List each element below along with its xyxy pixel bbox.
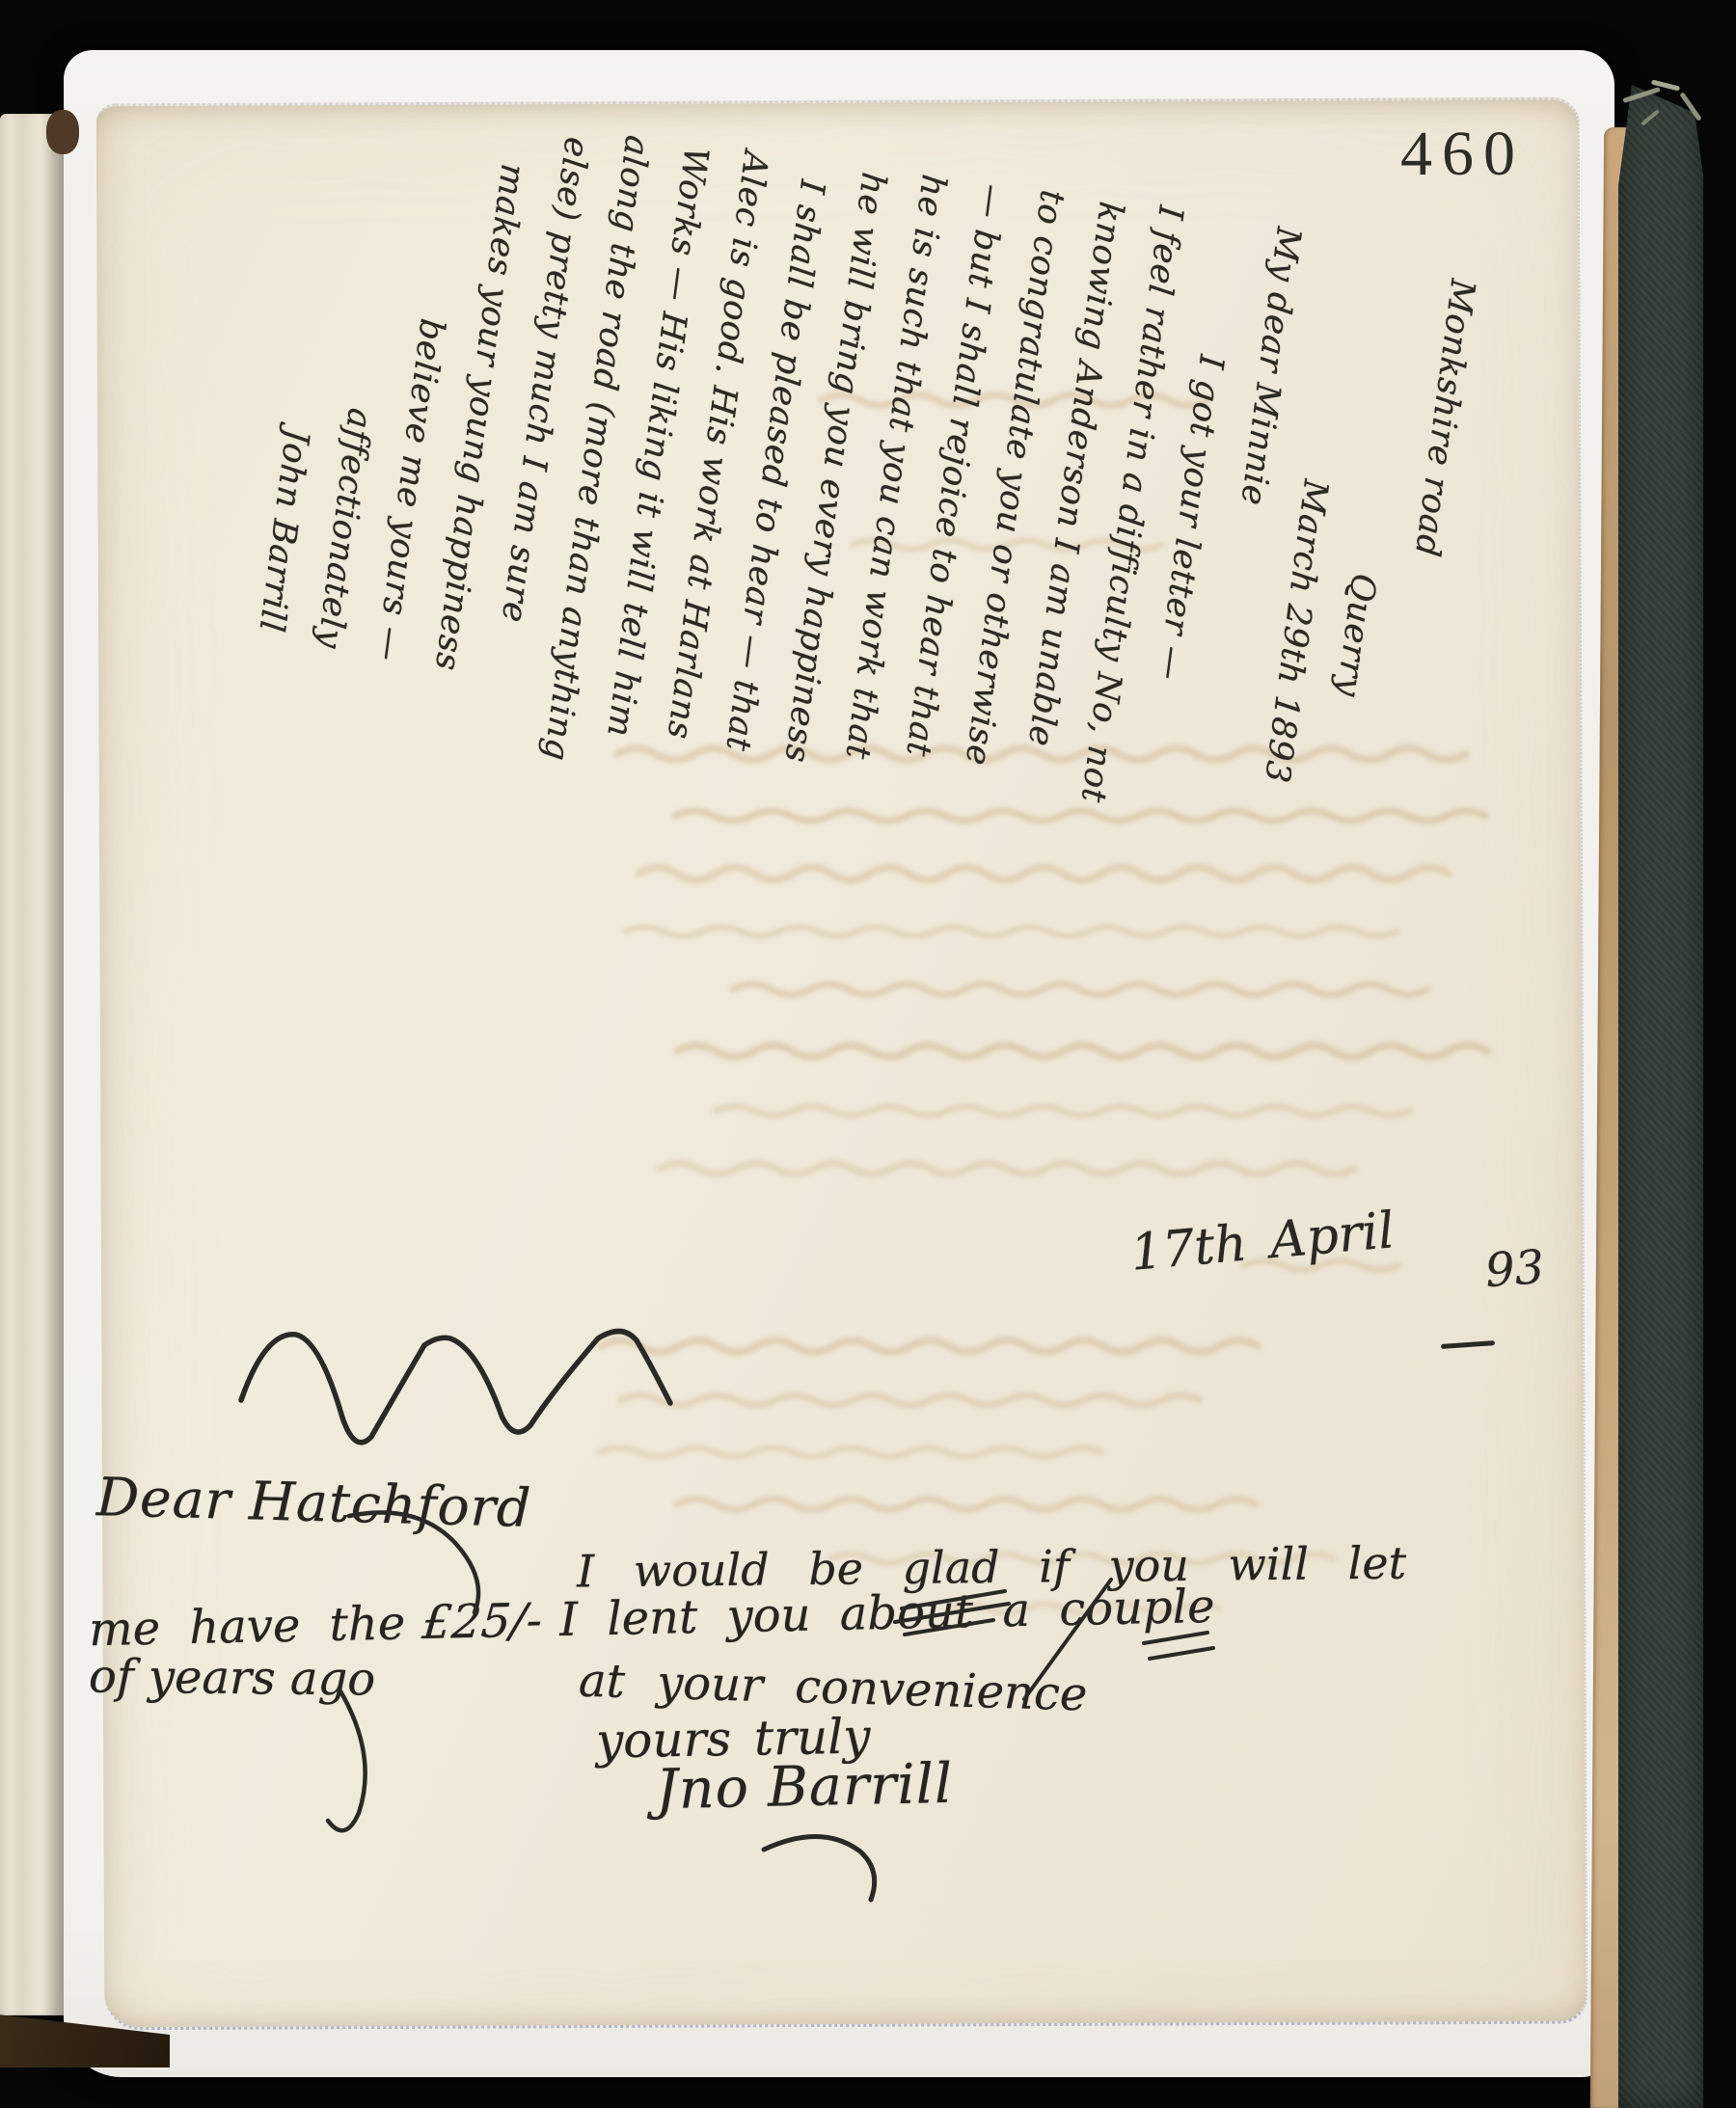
rotated-letter-body: Monkshire road Querry March 29th 1893 My… (160, 93, 1497, 1396)
green-cloth-cover-board (1618, 85, 1703, 2108)
scanned-letterbook-photo: { "document": { "page_number": "460", "l… (0, 0, 1736, 2108)
memo-salutation: Dear Hatchford (95, 1466, 532, 1539)
binding-gap-notch (46, 110, 79, 154)
memo-amount: £25/- (420, 1593, 545, 1650)
year-annotation: 93 (1483, 1240, 1546, 1298)
memo-line: of years ago (89, 1649, 376, 1706)
folio-page-number: 460 (1400, 118, 1525, 191)
memo-signature: Jno Barrill (655, 1752, 953, 1822)
memo-line-start: me have the (89, 1596, 406, 1657)
